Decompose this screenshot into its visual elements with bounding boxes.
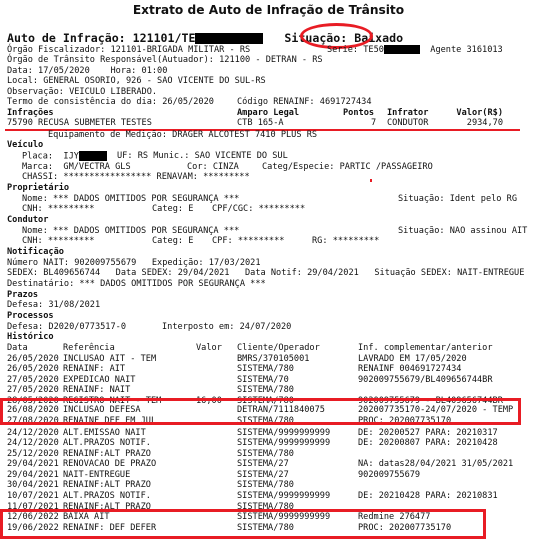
condutor-cpf: CPF: ********* — [212, 236, 284, 246]
redacted-block — [79, 151, 107, 161]
infrator-header: Infrator — [387, 108, 428, 118]
chassi-renavam: CHASSI: ***************** RENAVAM: *****… — [22, 172, 250, 182]
row-cliente-operador: SISTEMA/780 — [237, 385, 294, 395]
historico-row: 26/05/2020INCLUSAO AIT - TEMBMRS/3701050… — [0, 354, 537, 364]
condutor-heading: Condutor — [7, 215, 48, 225]
proprietario-categ: Categ: E — [152, 204, 193, 214]
historico-row: 27/05/2020EXPEDICAO NAITSISTEMA/70902009… — [0, 375, 537, 385]
notificacao-heading: Notificação — [7, 247, 64, 257]
infracoes-heading: Infrações — [7, 108, 54, 118]
sedex-line: SEDEX: BL409656744 Data SEDEX: 29/04/202… — [7, 268, 524, 278]
row-referencia: NAIT-ENTREGUE — [63, 470, 130, 480]
historico-row: 24/12/2020ALT.PRAZOS NOTIF.SISTEMA/99999… — [0, 438, 537, 448]
marca: Marca: GM/VECTRA GLS — [22, 162, 131, 172]
infracao-amparo: CTB 165-A — [237, 118, 284, 128]
row-inf-complementar: NA: datas28/04/2021 31/05/2021 — [358, 459, 513, 469]
veiculo-heading: Veículo — [7, 140, 43, 150]
observacao: Observação: VEICULO LIBERADO. — [7, 87, 157, 97]
header-valor: Valor — [196, 343, 222, 353]
redacted-block — [384, 45, 420, 54]
row-data: 27/05/2020 — [7, 375, 59, 385]
numero-nait: Número NAIT: 902009755679 Expedição: 17/… — [7, 258, 261, 268]
row-cliente-operador: SISTEMA/780 — [237, 449, 294, 459]
highlight-box-baixa — [0, 509, 486, 539]
orgao-fiscalizador: Órgão Fiscalizador: 121101-BRIGADA MILIT… — [7, 45, 250, 55]
equipamento-medicao: Equipamento de Medição: DRAGER ALCOTEST … — [48, 130, 317, 140]
infracao-pontos: 7 — [371, 118, 376, 128]
row-data: 29/04/2021 — [7, 470, 59, 480]
serie-value: Serie: TE50 — [327, 45, 384, 55]
historico-row: 30/04/2021RENAINF:ALT PRAZOSISTEMA/780 — [0, 480, 537, 490]
prazos-heading: Prazos — [7, 290, 38, 300]
row-data: 26/05/2020 — [7, 364, 59, 374]
data-hora: Data: 17/05/2020 Hora: 01:00 — [7, 66, 167, 76]
row-inf-complementar: DE: 20200807 PARA: 20210428 — [358, 438, 498, 448]
historico-row: 27/05/2020RENAINF: NAITSISTEMA/780 — [0, 385, 537, 395]
valor-header: Valor(R$) — [456, 108, 503, 118]
row-data: 24/12/2020 — [7, 428, 59, 438]
historico-row: 10/07/2021ALT.PRAZOS NOTIF.SISTEMA/99999… — [0, 491, 537, 501]
row-inf-complementar: DE: 20200527 PARA: 20210317 — [358, 428, 498, 438]
agente-value: Agente 3161013 — [430, 45, 502, 55]
header-cliente-operador: Cliente/Operador — [237, 343, 320, 353]
row-data: 30/04/2021 — [7, 480, 59, 490]
row-referencia: ALT.PRAZOS NOTIF. — [63, 438, 151, 448]
row-inf-complementar: LAVRADO EM 17/05/2020 — [358, 354, 467, 364]
condutor-situacao: Situação: NAO assinou AIT — [398, 226, 527, 236]
header-referencia: Referência — [63, 343, 115, 353]
row-inf-complementar: RENAINF 004691727434 — [358, 364, 461, 374]
row-data: 26/05/2020 — [7, 354, 59, 364]
processo-defesa: Defesa: D2020/0773517-0 — [7, 322, 126, 332]
red-mark — [370, 179, 372, 182]
proprietario-cpf: CPF/CGC: ********* — [212, 204, 305, 214]
codigo-renainf: Código RENAINF: 4691727434 — [237, 97, 372, 107]
row-cliente-operador: SISTEMA/9999999999 — [237, 438, 330, 448]
placa-value: Placa: IJY — [22, 152, 79, 162]
row-referencia: RENAINF: NAIT — [63, 385, 130, 395]
row-cliente-operador: SISTEMA/70 — [237, 375, 289, 385]
row-cliente-operador: SISTEMA/780 — [237, 480, 294, 490]
row-cliente-operador: BMRS/370105001 — [237, 354, 309, 364]
row-cliente-operador: SISTEMA/9999999999 — [237, 428, 330, 438]
placa: Placa: IJY — [22, 151, 107, 162]
condutor-categ: Categ: E — [152, 236, 193, 246]
proprietario-cnh: CNH: ********* — [22, 204, 94, 214]
row-inf-complementar: 902009755679 — [358, 470, 420, 480]
row-referencia: RENOVACAO DE PRAZO — [63, 459, 156, 469]
historico-row: 24/12/2020ALT.EMISSAO NAITSISTEMA/999999… — [0, 428, 537, 438]
proprietario-situacao: Situação: Ident pelo RG — [398, 194, 517, 204]
row-referencia: ALT.PRAZOS NOTIF. — [63, 491, 151, 501]
destinatario: Destinatário: *** DADOS OMITIDOS POR SEG… — [7, 279, 266, 289]
row-data: 10/07/2021 — [7, 491, 59, 501]
infracao-descricao: 75790 RECUSA SUBMETER TESTES — [7, 118, 152, 128]
row-referencia: INCLUSAO AIT - TEM — [63, 354, 156, 364]
termo-consistencia: Termo de consistência do dia: 26/05/2020 — [7, 97, 214, 107]
row-referencia: EXPEDICAO NAIT — [63, 375, 135, 385]
document-title: Extrato de Auto de Infração de Trânsito — [0, 3, 537, 17]
historico-row: 29/04/2021NAIT-ENTREGUESISTEMA/279020097… — [0, 470, 537, 480]
row-cliente-operador: SISTEMA/780 — [237, 364, 294, 374]
serie-field: Serie: TE50 Agente 3161013 — [327, 45, 503, 55]
historico-heading: Histórico — [7, 332, 54, 342]
row-data: 25/12/2020 — [7, 449, 59, 459]
row-referencia: RENAINF:ALT PRAZO — [63, 449, 151, 459]
categ-especie: Categ/Especie: PARTIC /PASSAGEIRO — [262, 162, 433, 172]
header-inf-complementar: Inf. complementar/anterior — [358, 343, 493, 353]
row-inf-complementar: DE: 20210428 PARA: 20210831 — [358, 491, 498, 501]
condutor-rg: RG: ********* — [312, 236, 379, 246]
historico-row: 25/12/2020RENAINF:ALT PRAZOSISTEMA/780 — [0, 449, 537, 459]
highlight-box-defesa — [0, 398, 521, 425]
header-data: Data — [7, 343, 28, 353]
historico-row: 26/05/2020RENAINF: AITSISTEMA/780RENAINF… — [0, 364, 537, 374]
row-data: 27/05/2020 — [7, 385, 59, 395]
cor: Cor: CINZA — [187, 162, 239, 172]
row-cliente-operador: SISTEMA/9999999999 — [237, 491, 330, 501]
historico-row: 29/04/2021RENOVACAO DE PRAZOSISTEMA/27NA… — [0, 459, 537, 469]
proprietario-heading: Proprietário — [7, 183, 69, 193]
condutor-nome: Nome: *** DADOS OMITIDOS POR SEGURANÇA *… — [22, 226, 239, 236]
row-data: 29/04/2021 — [7, 459, 59, 469]
uf-municipio: UF: RS Munic.: SAO VICENTE DO SUL — [117, 151, 288, 161]
proprietario-nome: Nome: *** DADOS OMITIDOS POR SEGURANÇA *… — [22, 194, 239, 204]
local: Local: GENERAL OSORIO, 926 - SAO VICENTE… — [7, 76, 266, 86]
orgao-transito: Órgão de Trânsito Responsável(Autuador):… — [7, 55, 323, 65]
processos-heading: Processos — [7, 311, 54, 321]
row-referencia: RENAINF:ALT PRAZO — [63, 480, 151, 490]
auto-number: Auto de Infração: 121101/TE — [7, 31, 195, 45]
processo-interposto: Interposto em: 24/07/2020 — [162, 322, 291, 332]
redacted-block — [195, 33, 263, 44]
row-referencia: ALT.EMISSAO NAIT — [63, 428, 146, 438]
row-data: 24/12/2020 — [7, 438, 59, 448]
infracao-valor: 2934,70 — [467, 118, 503, 128]
infracao-infrator: CONDUTOR — [387, 118, 428, 128]
row-cliente-operador: SISTEMA/27 — [237, 470, 289, 480]
row-cliente-operador: SISTEMA/27 — [237, 459, 289, 469]
pontos-header: Pontos — [343, 108, 374, 118]
amparo-legal-header: Amparo Legal — [237, 108, 299, 118]
row-inf-complementar: 902009755679/BL409656744BR — [358, 375, 493, 385]
condutor-cnh: CNH: ********* — [22, 236, 94, 246]
row-referencia: RENAINF: AIT — [63, 364, 125, 374]
prazo-defesa: Defesa: 31/08/2021 — [7, 300, 100, 310]
